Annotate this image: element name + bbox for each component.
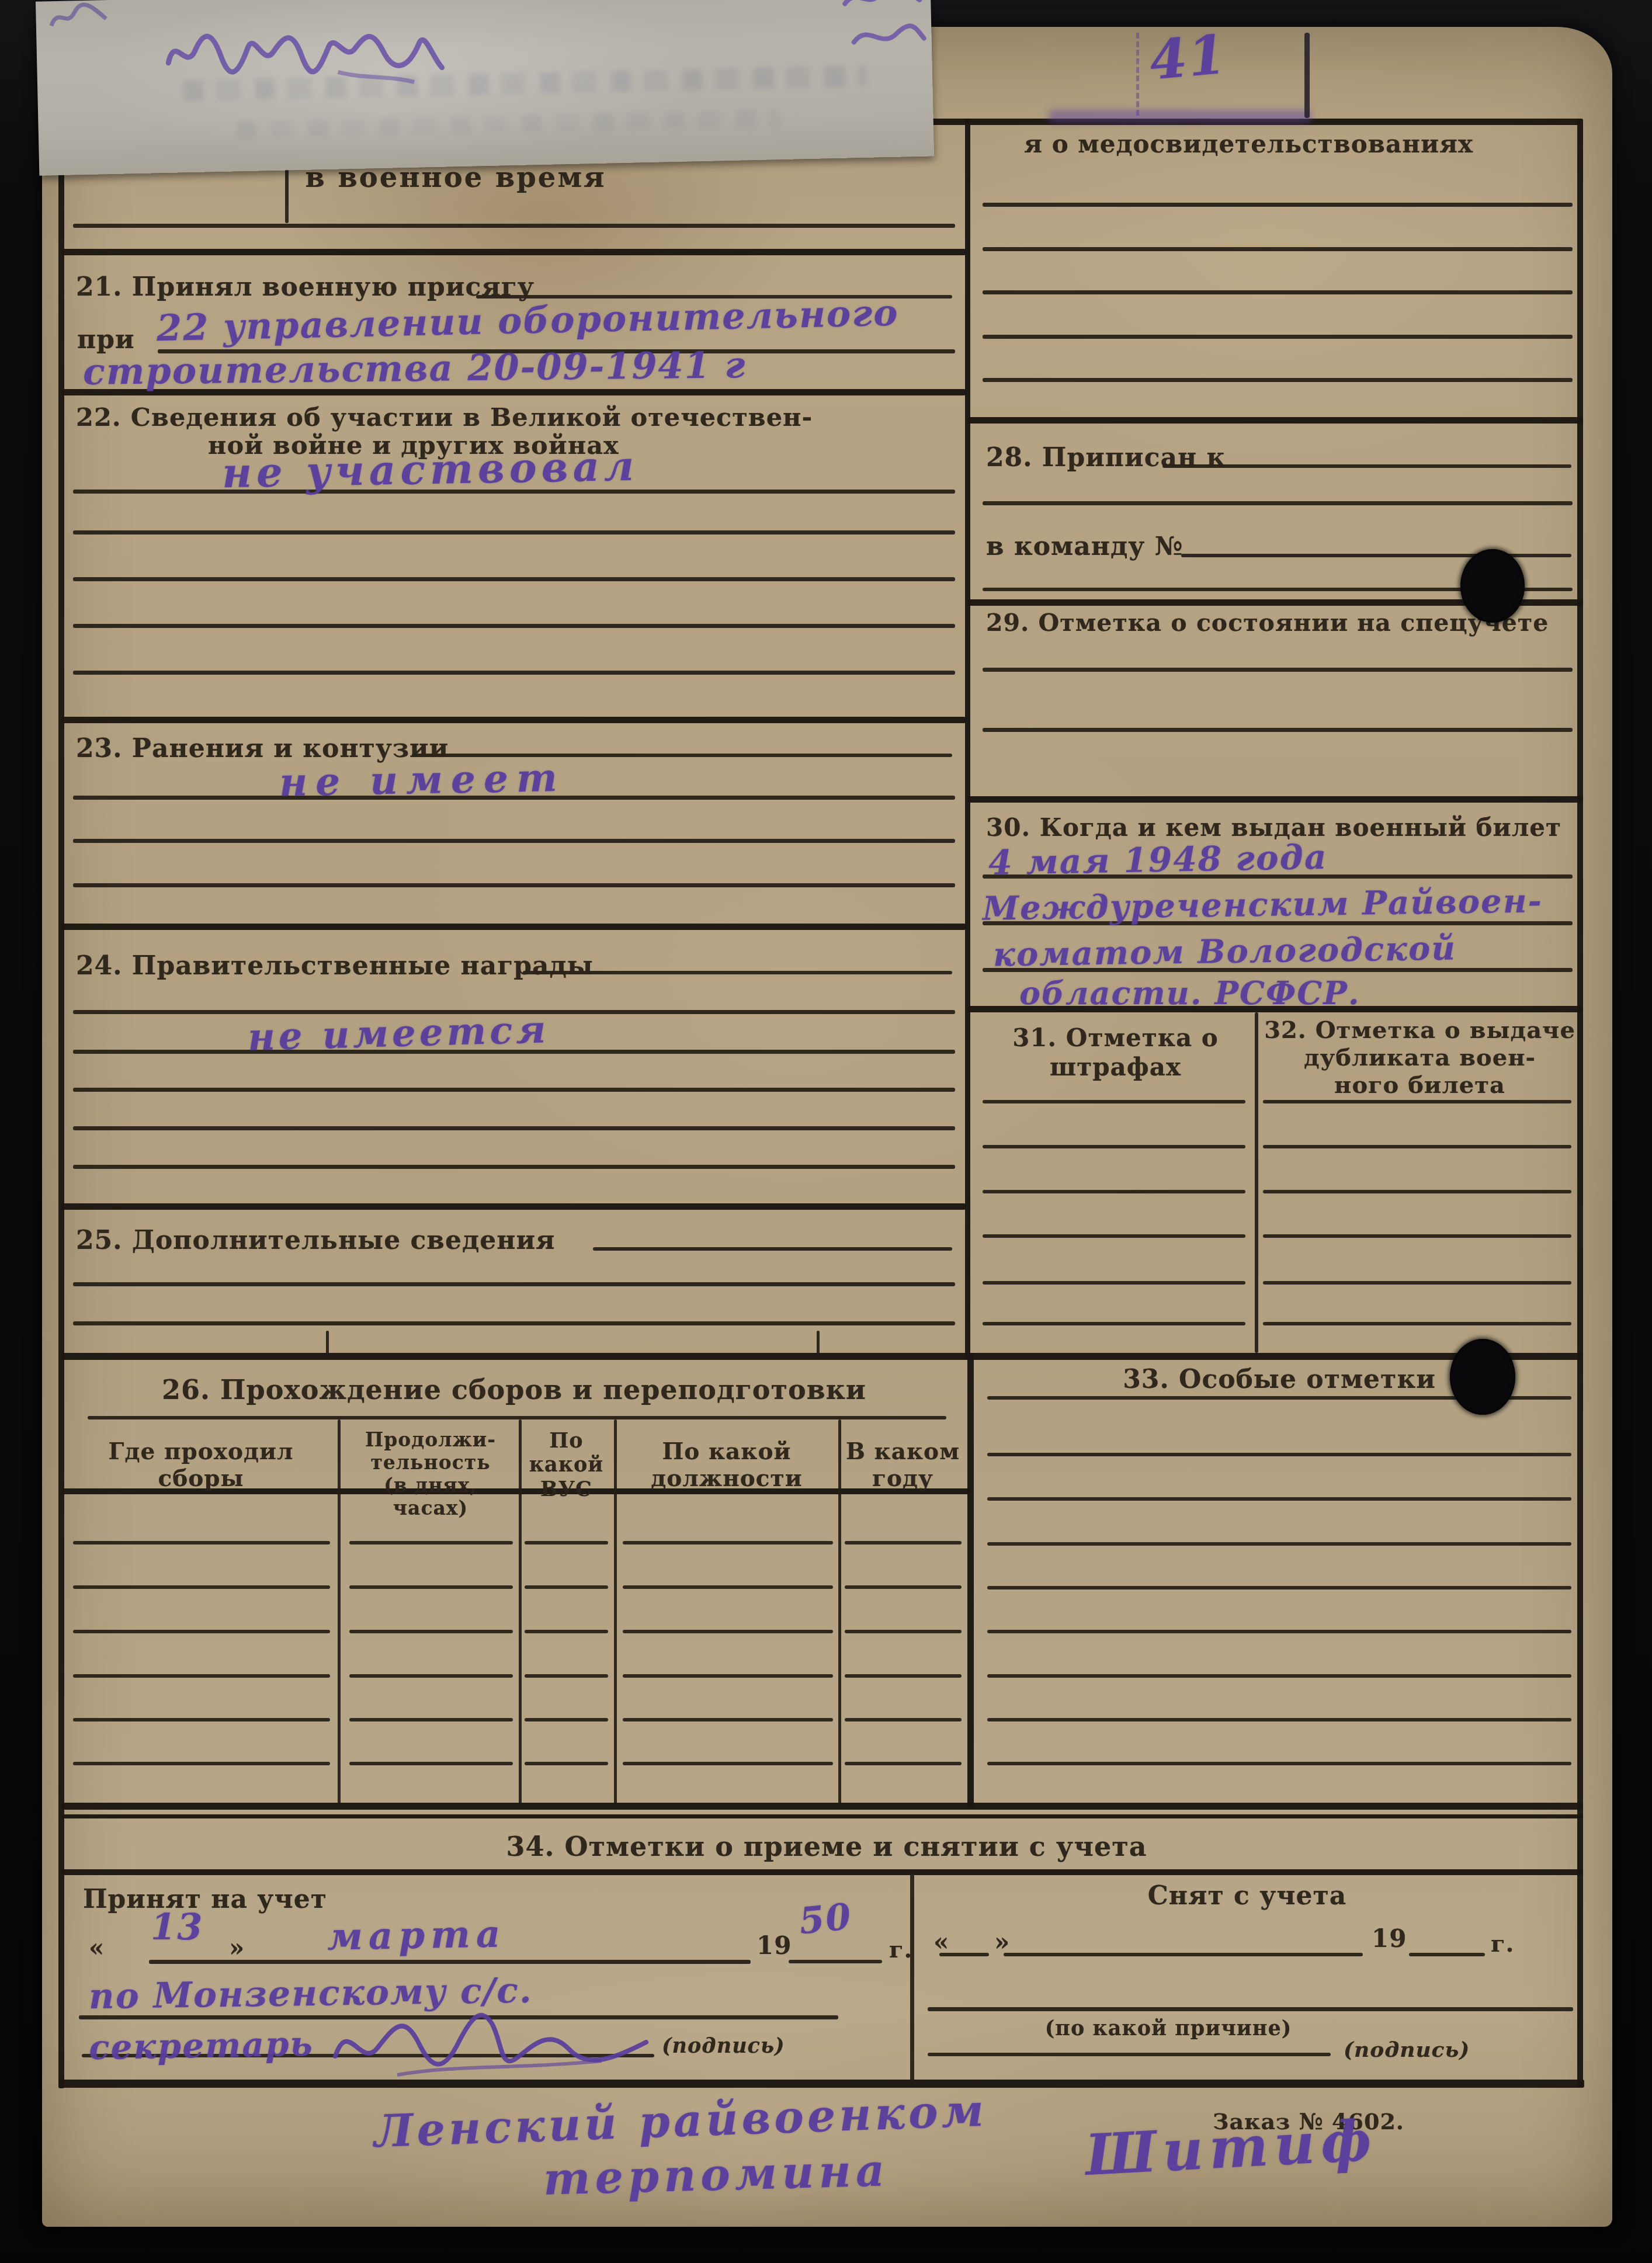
section-30-handwriting-line3: коматом Вологодской (993, 929, 1457, 974)
table-row-line (525, 1541, 608, 1544)
removed-year-suffix: г. (1491, 1930, 1514, 1957)
table-row-line (73, 1674, 330, 1678)
rule-line (1181, 554, 1571, 557)
s34-divider (910, 1874, 914, 2081)
section-29-label: 29. Отметка о состоянии на спецучете (986, 609, 1549, 637)
bleed-through-text (237, 109, 780, 138)
table-column-divider (614, 1419, 617, 1804)
rule-line (983, 1234, 1245, 1238)
section-22-label-line1: 22. Сведения об участии в Великой отечес… (76, 403, 813, 433)
accepted-quote-open: « (89, 1934, 105, 1963)
rule-line (983, 378, 1573, 382)
table-row-line (845, 1762, 962, 1765)
rule-line (983, 1100, 1245, 1103)
table-row-line (845, 1674, 962, 1678)
rule-line (73, 577, 955, 581)
rule-line (1263, 1145, 1571, 1148)
rule-line (1263, 1100, 1571, 1103)
table-row-line (73, 1762, 330, 1765)
table-row-line (623, 1718, 833, 1721)
section-25-label: 25. Дополнительные сведения (76, 1226, 556, 1256)
section-32-label: 32. Отметка о выдаче дубликата воен- ног… (1261, 1016, 1579, 1099)
form-bottom-border (58, 2080, 1584, 2088)
rule-line (1263, 1281, 1571, 1285)
rule-line (983, 668, 1573, 672)
table-row-line (73, 1718, 330, 1721)
corner-scribble (839, 0, 928, 63)
right-column-header-partial: я о медосвидетельствованиях (1024, 130, 1473, 159)
rule-line (73, 883, 955, 887)
rule-line (983, 203, 1573, 207)
section-26-title: 26. Прохождение сборов и переподготовки (88, 1374, 940, 1405)
table-column-divider (338, 1419, 341, 1804)
stamp-scribble (162, 16, 449, 84)
removed-quote-open: « (933, 1928, 949, 1957)
section-28-komanda-label: в команду № (986, 532, 1184, 562)
section-30-handwriting-line4: области. РСФСР. (1019, 974, 1361, 1012)
section-21-handwriting-line2: строительства 20-09-1941 г (83, 343, 747, 393)
section-24-handwriting: не имеется (247, 1008, 550, 1059)
table-row-line (73, 1630, 330, 1633)
table-divider-stub (326, 1331, 329, 1354)
rule-line (1004, 1953, 1363, 1956)
s33-rule-line (987, 1497, 1571, 1501)
table-row-line (623, 1674, 833, 1678)
s33-rule-line (987, 1586, 1571, 1589)
removed-header: Снят с учета (917, 1881, 1577, 1911)
rule-line (73, 671, 955, 675)
removed-quote-close: » (994, 1928, 1010, 1957)
page-number-handwriting: 41 (1147, 22, 1230, 92)
table-row-line (349, 1585, 513, 1589)
thick-rule-line (61, 924, 966, 930)
s33-rule-line (987, 1674, 1571, 1678)
rule-line (1263, 1234, 1571, 1238)
rule-line (1409, 1953, 1485, 1956)
thick-rule-line (61, 1803, 1583, 1810)
table-row-line (349, 1541, 513, 1544)
table-row-line (623, 1585, 833, 1589)
table-row-line (525, 1674, 608, 1678)
table-row-line (845, 1541, 962, 1544)
form-left-border (58, 119, 64, 2088)
attached-note-paper (36, 0, 934, 176)
section-28-label: 28. Приписан к (986, 443, 1226, 473)
table-row-line (525, 1718, 608, 1721)
col-header-vus: По какой ВУС (521, 1429, 612, 1501)
col-header-position: По какой должности (618, 1438, 835, 1492)
black-tick-line (1304, 33, 1310, 118)
accepted-day-handwriting: 13 (151, 1905, 203, 1948)
rule-line (73, 1321, 955, 1325)
section-31-label: 31. Отметка о штрафах (983, 1023, 1248, 1081)
table-row-line (525, 1762, 608, 1765)
rule-line (928, 2007, 1573, 2011)
table-row-line (623, 1630, 833, 1633)
section-23-handwriting: не имеет (279, 755, 565, 806)
thick-rule-line (61, 249, 966, 255)
rule-line (983, 335, 1573, 339)
thick-rule-line (61, 1203, 966, 1210)
s33-rule-line (987, 1630, 1571, 1633)
rule-line (983, 247, 1573, 251)
secretary-signature-scribble (327, 2000, 654, 2082)
rule-line (983, 1281, 1245, 1285)
table-row-line (349, 1718, 513, 1721)
edge-mark-scribble (46, 1, 111, 32)
table-top-border (61, 1353, 1583, 1360)
accepted-quote-close: » (229, 1934, 245, 1963)
accepted-header: Принят на учет (83, 1884, 327, 1915)
scanned-military-registration-card: в военное время 21. Принял военную прися… (0, 0, 1652, 2263)
removed-reason-label: (по какой причине) (993, 2016, 1344, 2040)
col-header-where: Где проходил сборы (69, 1438, 333, 1492)
footer-annotation-line2: терпомина (543, 2144, 890, 2205)
purple-dashed-line (1136, 33, 1139, 116)
rule-line (983, 1322, 1245, 1325)
punch-hole-bottom (1450, 1339, 1515, 1415)
thick-rule-line (61, 717, 966, 723)
section-34-title: 34. Отметки о приеме и снятии с учета (175, 1831, 1478, 1862)
rule-line (73, 624, 955, 628)
table-title-underline (88, 1416, 946, 1419)
removed-year-prefix: 19 (1372, 1924, 1407, 1953)
section-22-handwriting: не участвовал (221, 442, 638, 497)
s34-title-underline (61, 1869, 1583, 1875)
table-row-line (845, 1718, 962, 1721)
rule-line (983, 728, 1573, 732)
table-row-line (845, 1630, 962, 1633)
rule-line (928, 2053, 1331, 2056)
rule-line (73, 530, 955, 534)
thick-rule-line (61, 1814, 1583, 1818)
table-row-line (525, 1585, 608, 1589)
accepted-role-handwriting: секретарь (88, 2024, 314, 2068)
table-row-line (623, 1762, 833, 1765)
section-30-handwriting-line1: 4 мая 1948 года (988, 837, 1328, 883)
section-30-handwriting-line2: Междуреченским Райвоен- (983, 881, 1543, 928)
s33-rule-line (987, 1542, 1571, 1546)
s33-rule-line (987, 1718, 1571, 1721)
table-right-divider (967, 1353, 974, 1807)
col-header-year: В каком году (840, 1438, 966, 1492)
s33-rule-line (987, 1762, 1571, 1765)
rule-line (73, 1282, 955, 1286)
table-row-line (525, 1630, 608, 1633)
table-row-line (73, 1585, 330, 1589)
s33-rule-line (987, 1453, 1571, 1456)
col-header-duration: Продолжи- тельность (в днях, часах) (346, 1429, 515, 1520)
rule-line (983, 290, 1573, 294)
rule-line (1263, 1190, 1571, 1193)
rule-line (73, 1165, 955, 1169)
punch-hole-top (1460, 549, 1525, 623)
purple-underline-smudge (1049, 110, 1311, 123)
rule-line (789, 1960, 882, 1963)
center-divider (965, 119, 970, 1359)
thick-rule-line (967, 417, 1583, 424)
accepted-year-prefix: 19 (756, 1931, 792, 1960)
thick-rule-line (967, 796, 1583, 803)
table-divider-stub (817, 1331, 820, 1354)
table-row-line (845, 1585, 962, 1589)
rule-line (73, 1088, 955, 1092)
form-right-border (1577, 119, 1583, 2087)
section-21-label: 21. Принял военную присягу (76, 272, 535, 303)
s31-s32-divider (1255, 1012, 1258, 1353)
section-24-label: 24. Правительственные награды (76, 951, 594, 981)
table-row-line (623, 1541, 833, 1544)
table-row-line (349, 1674, 513, 1678)
table-row-line (349, 1630, 513, 1633)
accepted-year-suffix: г. (889, 1936, 912, 1963)
rule-line (983, 501, 1573, 505)
accepted-month-handwriting: марта (327, 1912, 506, 1959)
rule-line (73, 839, 955, 843)
rule-line (983, 1145, 1245, 1148)
accepted-podpis-label: (подпись) (662, 2034, 785, 2058)
rule-line (73, 224, 955, 228)
removed-podpis-label: (подпись) (1344, 2038, 1470, 2062)
rule-line (983, 1190, 1245, 1193)
table-row-line (73, 1541, 330, 1544)
rule-line (593, 1247, 952, 1251)
rule-line (73, 1126, 955, 1130)
accepted-year-handwriting: 50 (797, 1894, 853, 1942)
rule-line (1263, 1322, 1571, 1325)
table-row-line (349, 1762, 513, 1765)
